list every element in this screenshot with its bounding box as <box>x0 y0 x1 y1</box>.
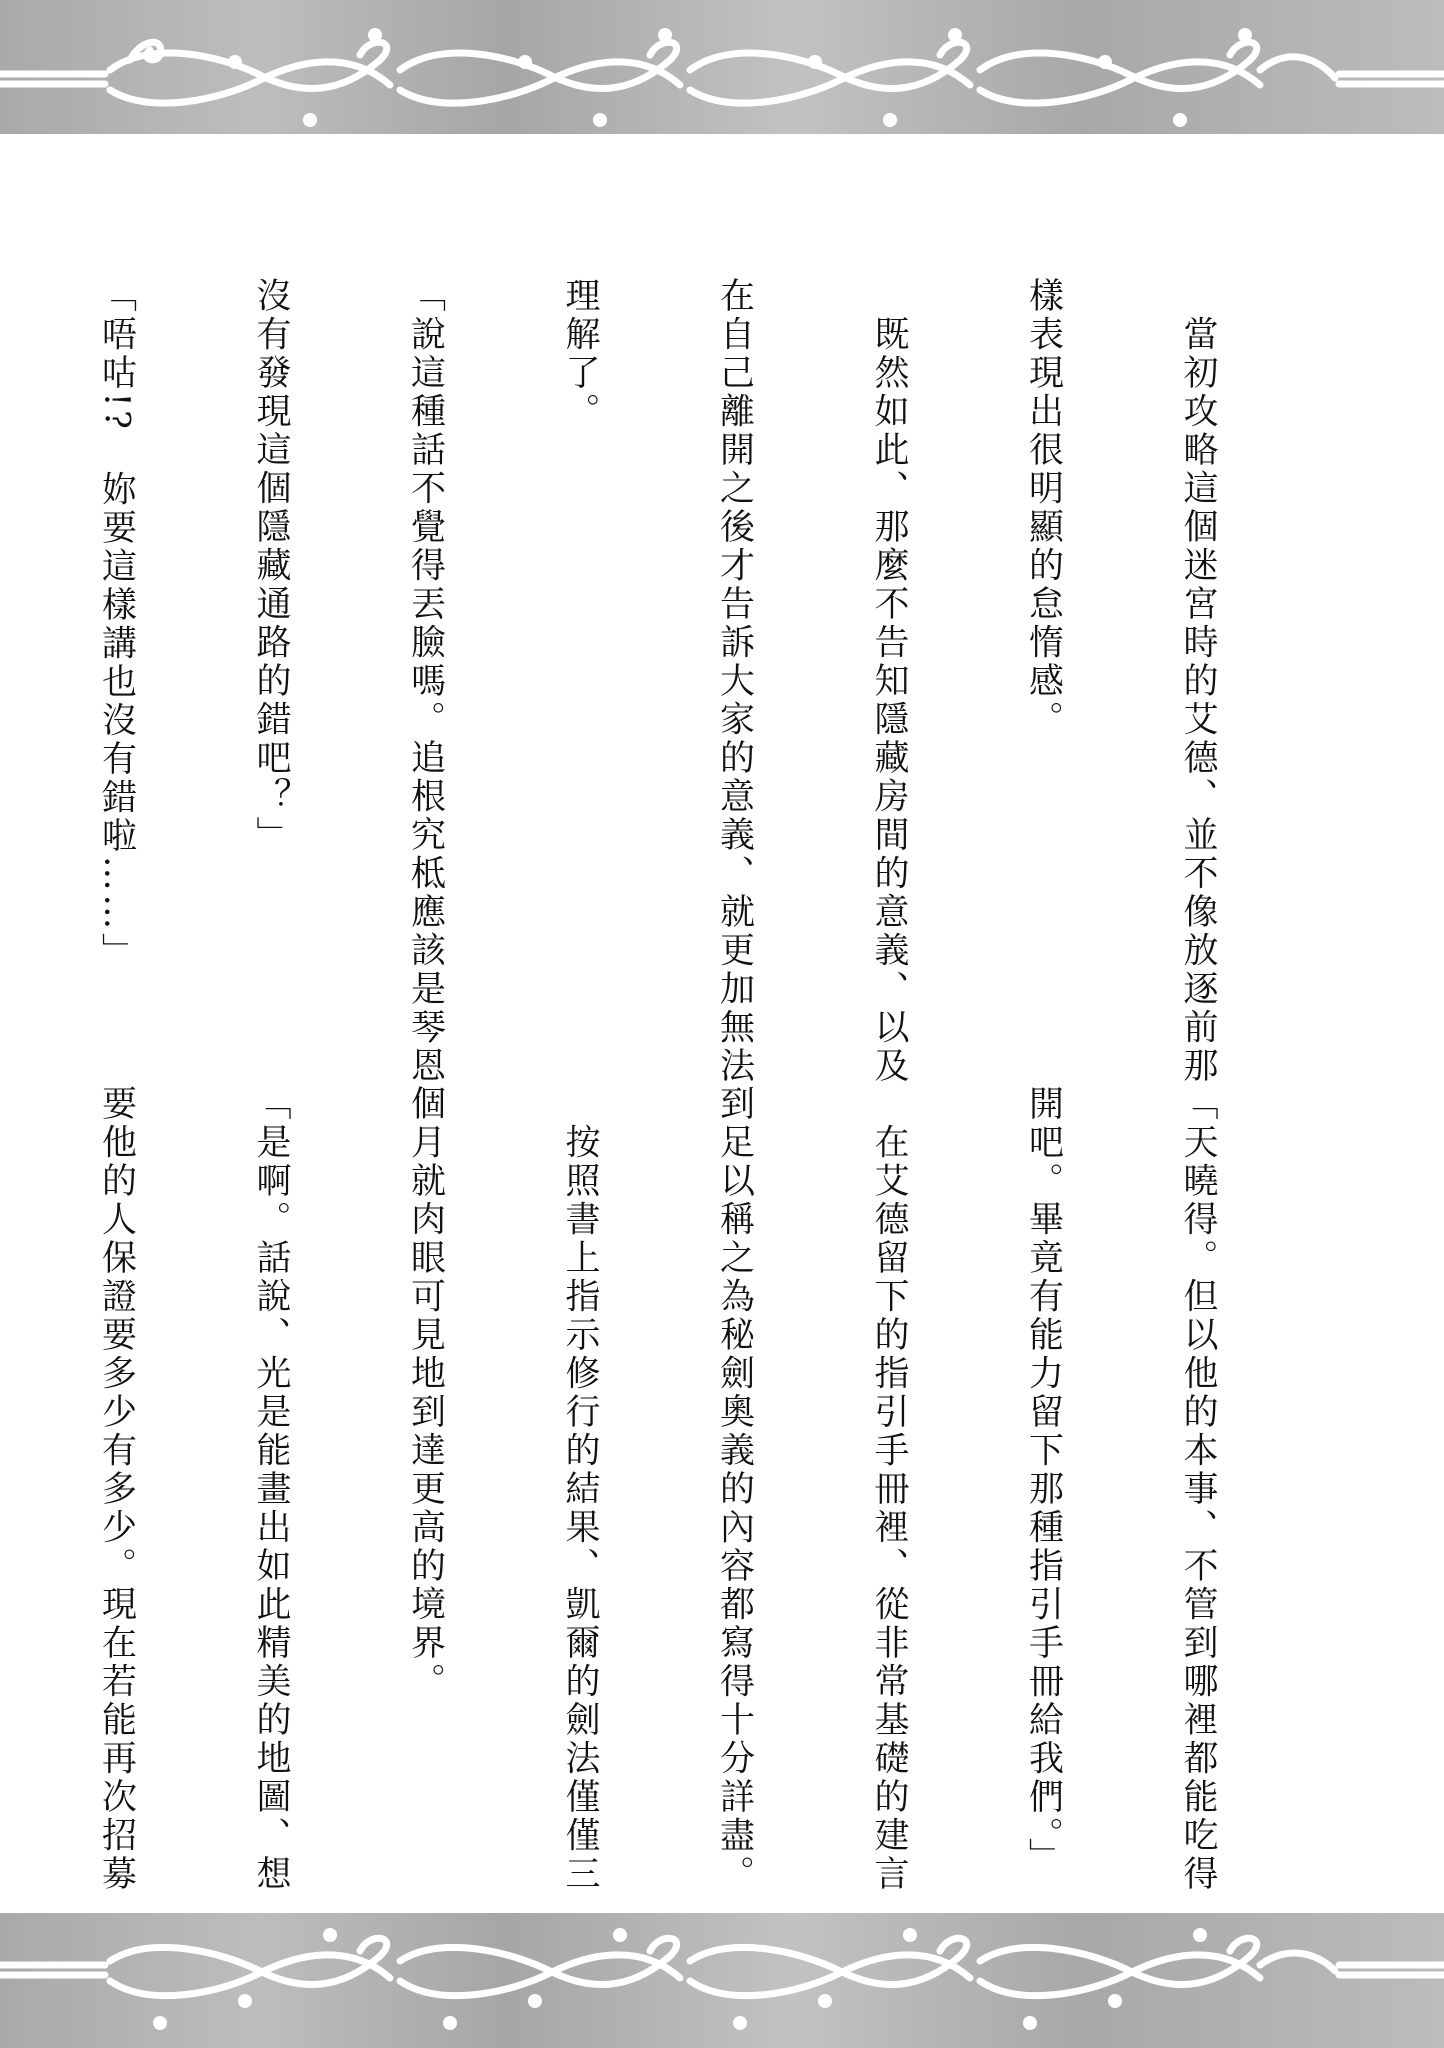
text-line: 「是啊。話說、光是能畫出如此精美的地圖、想 <box>245 1085 297 1865</box>
text-line: 在艾德留下的指引手冊裡、從非常基礎的建言 <box>863 1085 915 1865</box>
text-line: 「唔咕!? 妳要這樣講也沒有錯啦……」 <box>90 277 142 1057</box>
text-line: 理解了。 <box>554 277 606 1057</box>
ornate-vine-border-icon <box>0 1913 1444 2048</box>
text-line: 個月就肉眼可見地到達更高的境界。 <box>399 1085 451 1865</box>
bottom-decorative-border <box>0 1913 1444 2048</box>
text-line: 「天曉得。但以他的本事、不管到哪裡都能吃得 <box>1172 1085 1224 1865</box>
text-line: 開吧。畢竟有能力留下那種指引手冊給我們。」 <box>1017 1085 1069 1865</box>
top-decorative-border <box>0 0 1444 134</box>
text-block-upper: 當初攻略這個迷宮時的艾德、並不像放逐前那 樣表現出很明顯的怠惰感。 既然如此、那… <box>0 277 1326 1057</box>
text-line: 在自己離開之後才告訴大家的意義、就更加無法 <box>708 277 760 1057</box>
text-line: 既然如此、那麼不告知隱藏房間的意義、以及 <box>863 277 915 1057</box>
text-line: 沒有發現這個隱藏通路的錯吧？」 <box>245 277 297 1057</box>
text-block-lower: 「天曉得。但以他的本事、不管到哪裡都能吃得 開吧。畢竟有能力留下那種指引手冊給我… <box>0 1085 1326 1865</box>
text-line: 樣表現出很明顯的怠惰感。 <box>1017 277 1069 1057</box>
text-line: 「說這種話不覺得丟臉嗎。追根究柢應該是琴恩 <box>399 277 451 1057</box>
text-line: 要他的人保證要多少有多少。現在若能再次招募 <box>90 1085 142 1865</box>
text-line: 到足以稱之為秘劍奧義的內容都寫得十分詳盡。 <box>708 1085 760 1865</box>
ornate-vine-border-icon <box>0 0 1444 134</box>
text-line: 按照書上指示修行的結果、凱爾的劍法僅僅三 <box>554 1085 606 1865</box>
text-line: 當初攻略這個迷宮時的艾德、並不像放逐前那 <box>1172 277 1224 1057</box>
